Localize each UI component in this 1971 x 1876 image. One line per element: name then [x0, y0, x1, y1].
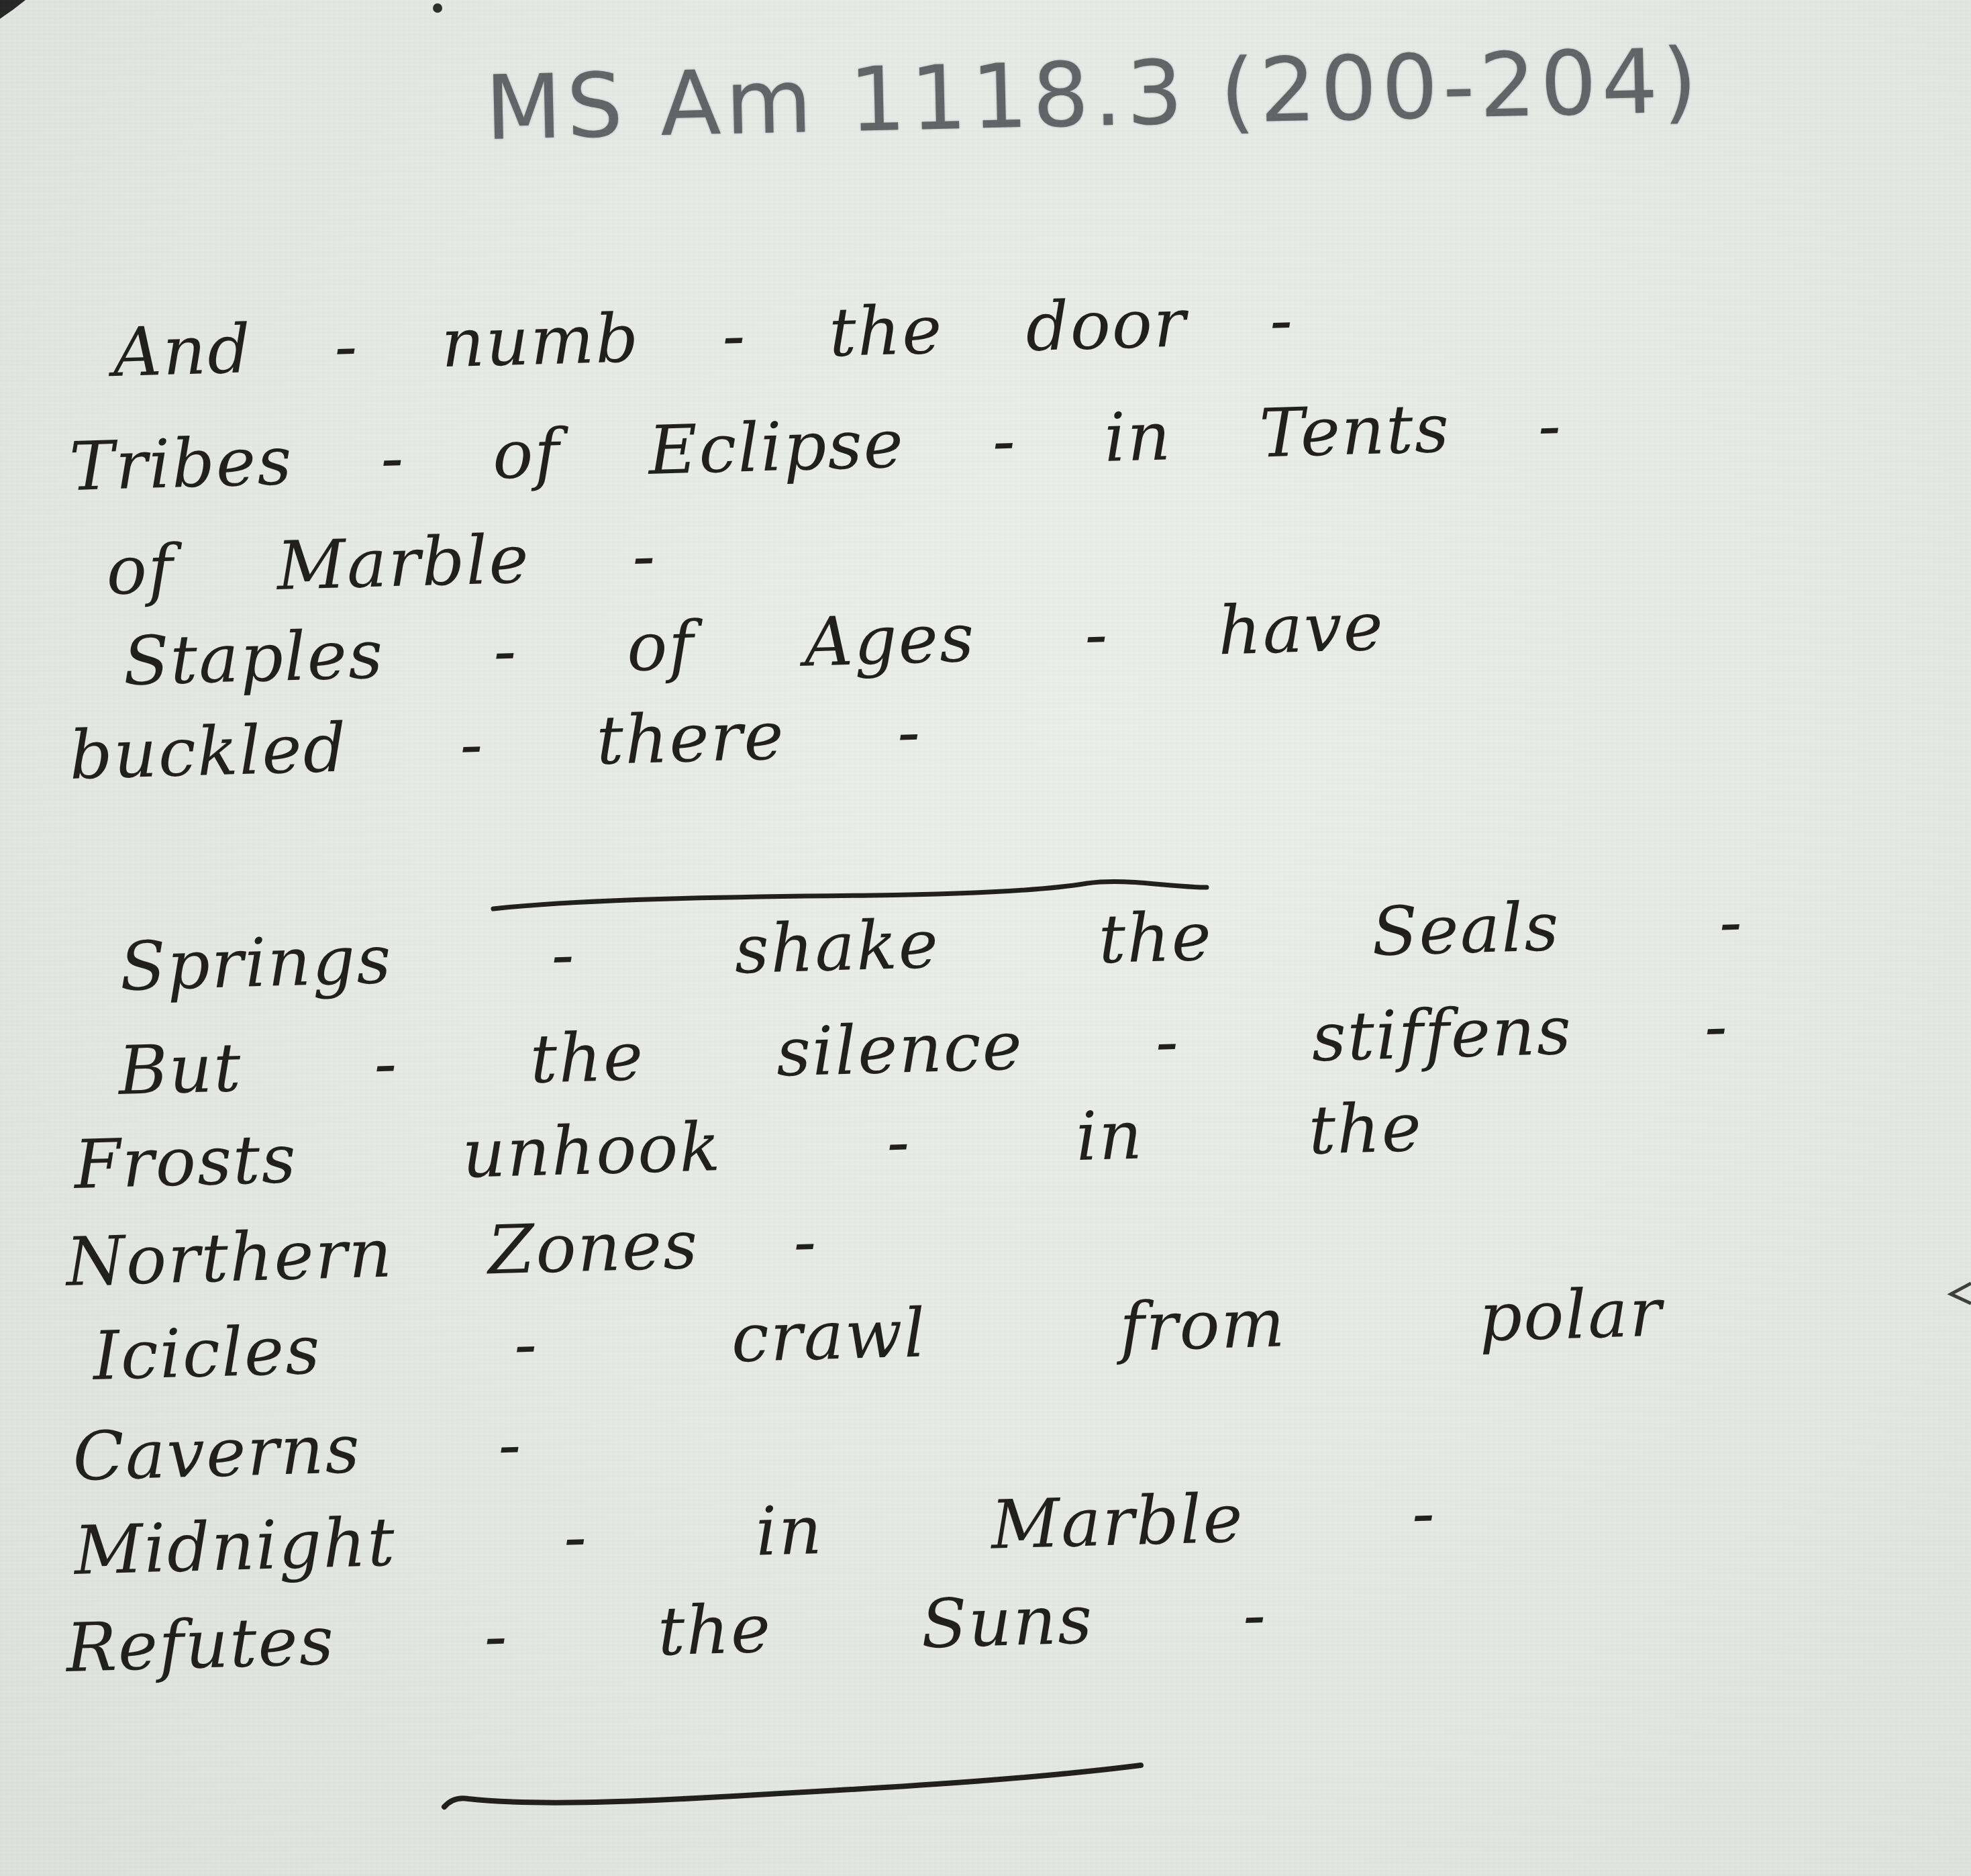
- manuscript-line: Refutes - the Suns -: [65, 1577, 1268, 1686]
- scan-speck-top-edge: [433, 3, 442, 13]
- manuscript-line: But - the silence - stiffens -: [117, 989, 1729, 1109]
- catalog-number-label: MS Am 1118.3 (200-204): [485, 30, 1703, 160]
- end-of-text-rule: [444, 1765, 1141, 1807]
- manuscript-line: Midnight - in Marble -: [73, 1475, 1437, 1589]
- manuscript-line: Springs - shake the Seals -: [119, 884, 1744, 1005]
- manuscript-line: Frosts unhook - in the: [73, 1090, 1423, 1203]
- manuscript-line: Northern Zones -: [65, 1204, 819, 1300]
- manuscript-line: of Marble -: [105, 518, 658, 609]
- scan-smudge-top-left-corner: [0, 0, 26, 19]
- manuscript-line: Tribes - of Eclipse - in Tents -: [68, 388, 1563, 505]
- manuscript-line: And - numb - the door -: [112, 283, 1295, 391]
- manuscript-line: buckled - there -: [68, 695, 923, 793]
- manuscript-page: MS Am 1118.3 (200-204) And - numb - the …: [0, 0, 1971, 1876]
- paper-nick-right-edge: [1951, 1283, 1971, 1303]
- manuscript-line: Caverns -: [72, 1407, 523, 1495]
- manuscript-line: Staples - of Ages - have: [122, 589, 1385, 699]
